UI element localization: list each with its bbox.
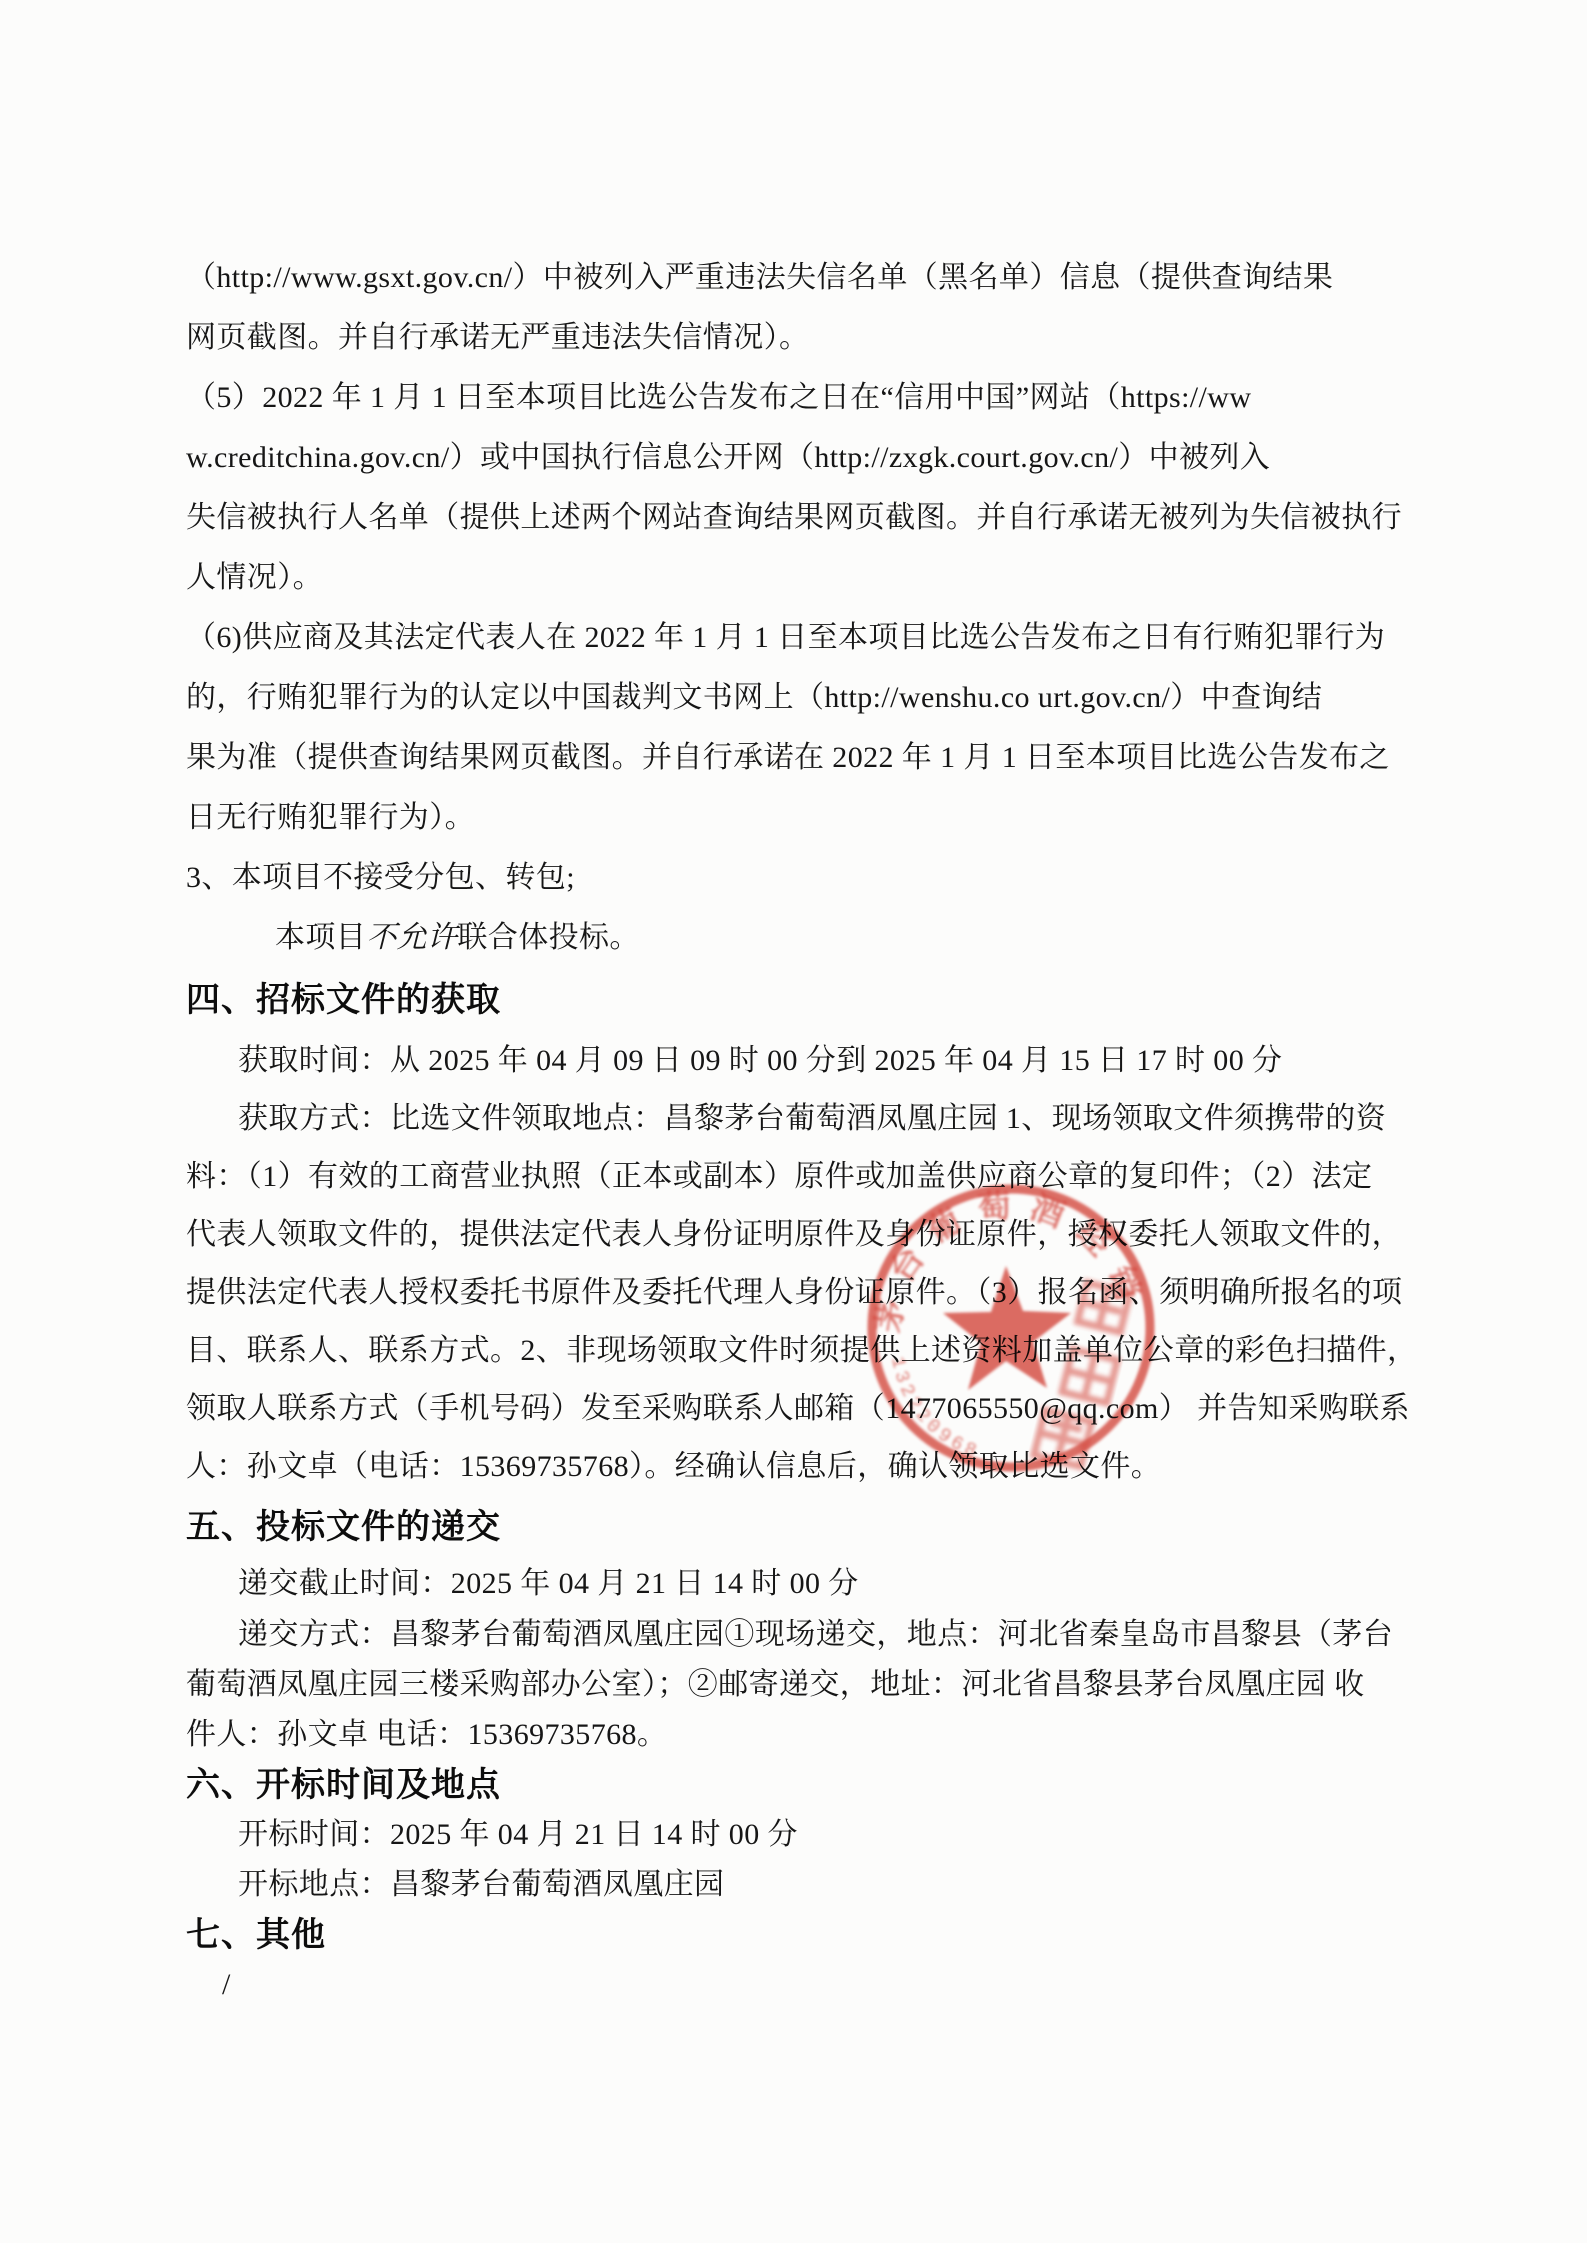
scanned-tender-document-page: { "doc": { "p_lines": [ "（http://www.gsx… (0, 0, 1587, 2243)
doc-line: 葡萄酒凤凰庄园三楼采购部办公室）；②邮寄递交，地址：河北省昌黎县茅台凤凰庄园 收 (186, 1660, 1446, 1710)
doc-line-opening-time: 开标时间：2025 年 04 月 21 日 14 时 00 分 (186, 1810, 1446, 1860)
doc-line: 失信被执行人名单（提供上述两个网站查询结果网页截图。并自行承诺无被列为失信被执行 (186, 488, 1446, 548)
doc-line-no-subcontracting: 3、本项目不接受分包、转包; (186, 848, 1446, 908)
doc-line-slash: / (186, 1960, 1446, 2010)
section-heading-6-bid-opening: 六、开标时间及地点 (186, 1760, 1446, 1810)
doc-line: 提供法定代表人授权委托书原件及委托代理人身份证原件。（3）报名函、须明确所报名的… (186, 1264, 1446, 1322)
doc-line-submission-deadline: 递交截止时间：2025 年 04 月 21 日 14 时 00 分 (186, 1558, 1446, 1610)
doc-line-recipient: 件人：孙文卓 电话：15369735768。 (186, 1710, 1446, 1760)
doc-line-no-consortium: 本项目不允许联合体投标。 (186, 908, 1446, 968)
doc-line: 料：（1）有效的工商营业执照（正本或副本）原件或加盖供应商公章的复印件；（2）法… (186, 1148, 1446, 1206)
doc-line-submission-method: 递交方式：昌黎茅台葡萄酒凤凰庄园①现场递交，地点：河北省秦皇岛市昌黎县（茅台 (186, 1610, 1446, 1660)
doc-line: 果为准（提供查询结果网页截图。并自行承诺在 2022 年 1 月 1 日至本项目… (186, 728, 1446, 788)
doc-line: 日无行贿犯罪行为）。 (186, 788, 1446, 848)
doc-line: （6)供应商及其法定代表人在 2022 年 1 月 1 日至本项目比选公告发布之… (186, 608, 1446, 668)
doc-line-contact-email: 领取人联系方式（手机号码）发至采购联系人邮箱（1477065550@qq.com… (186, 1380, 1446, 1438)
section-heading-5-bid-submission: 五、投标文件的递交 (186, 1496, 1446, 1558)
doc-line: 代表人领取文件的，提供法定代表人身份证明原件及身份证原件，授权委托人领取文件的， (186, 1206, 1446, 1264)
document-body: （http://www.gsxt.gov.cn/）中被列入严重违法失信名单（黑名… (186, 248, 1446, 2010)
doc-line: （http://www.gsxt.gov.cn/）中被列入严重违法失信名单（黑名… (186, 248, 1446, 308)
doc-line: 目、联系人、联系方式。2、非现场领取文件时须提供上述资料加盖单位公章的彩色扫描件… (186, 1322, 1446, 1380)
doc-line: （5）2022 年 1 月 1 日至本项目比选公告发布之日在“信用中国”网站（h… (186, 368, 1446, 428)
text-prefix: 本项目 (275, 921, 366, 954)
section-heading-7-other: 七、其他 (186, 1910, 1446, 1960)
emphasized-text: 不允许 (366, 921, 457, 954)
doc-line: 人情况）。 (186, 548, 1446, 608)
doc-line-contact-phone: 人：孙文卓（电话：15369735768）。经确认信息后，确认领取比选文件。 (186, 1438, 1446, 1496)
text-suffix: 联合体投标。 (457, 921, 639, 954)
doc-line: w.creditchina.gov.cn/）或中国执行信息公开网（http://… (186, 428, 1446, 488)
doc-line-acquisition-method: 获取方式：比选文件领取地点：昌黎茅台葡萄酒凤凰庄园 1、现场领取文件须携带的资 (186, 1090, 1446, 1148)
doc-line-opening-place: 开标地点：昌黎茅台葡萄酒凤凰庄园 (186, 1860, 1446, 1910)
doc-line-acquisition-time: 获取时间：从 2025 年 04 月 09 日 09 时 00 分到 2025 … (186, 1032, 1446, 1090)
section-heading-4-document-acquisition: 四、招标文件的获取 (186, 968, 1446, 1032)
doc-line: 网页截图。并自行承诺无严重违法失信情况）。 (186, 308, 1446, 368)
doc-line: 的，行贿犯罪行为的认定以中国裁判文书网上（http://wenshu.co ur… (186, 668, 1446, 728)
